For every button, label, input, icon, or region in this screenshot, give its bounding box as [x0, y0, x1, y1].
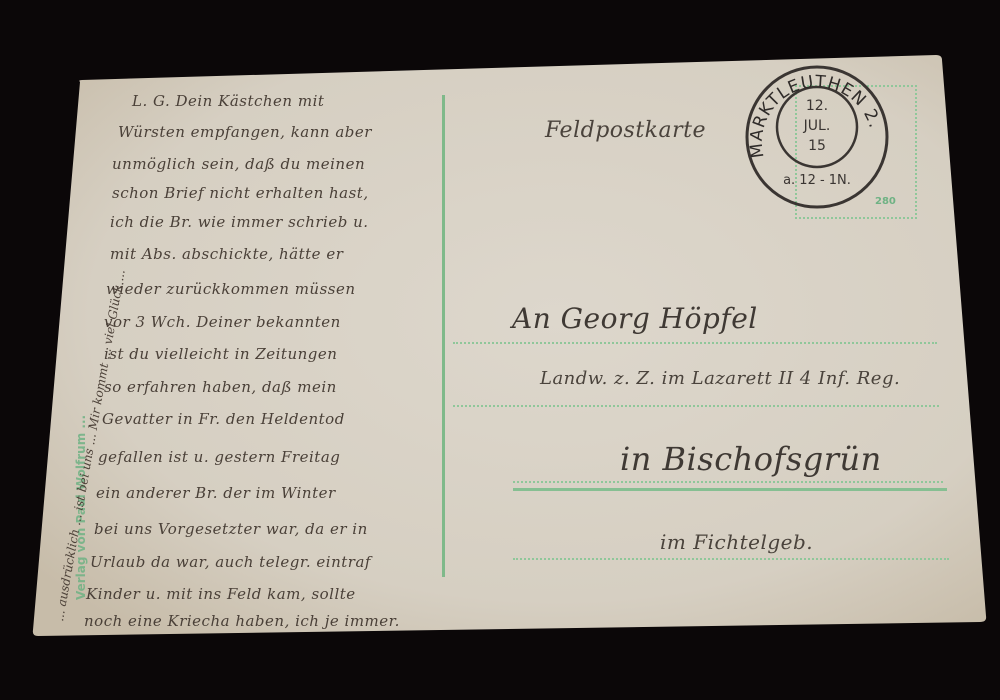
address-dotted-line: [453, 342, 937, 344]
message-line: vor 3 Wch. Deiner bekannten: [104, 313, 341, 331]
address-dotted-line: [453, 405, 939, 407]
postmark-year: 15: [808, 138, 826, 154]
message-line: mit Abs. abschickte, hätte er: [110, 245, 343, 263]
message-line: noch eine Kriecha haben, ich je immer.: [84, 612, 400, 630]
divider-line: [442, 95, 445, 577]
message-line: unmöglich sein, daß du meinen: [112, 155, 365, 173]
address-dotted-line: [513, 558, 949, 560]
postmark-month: JUL.: [803, 118, 831, 134]
message-line: so erfahren haben, daß mein: [104, 378, 337, 396]
address-town: in Bischofsgrün: [620, 440, 882, 478]
message-line: Gevatter in Fr. den Heldentod: [102, 410, 345, 428]
address-recipient: An Georg Höpfel: [512, 302, 758, 335]
message-line: ist du vielleicht in Zeitungen: [104, 345, 337, 363]
message-line: L. G. Dein Kästchen mit: [132, 92, 324, 110]
message-line: wieder zurückkommen müssen: [106, 280, 356, 298]
message-line: Urlaub da war, auch telegr. eintraf: [90, 553, 371, 571]
postmark-time: a. 12 - 1N.: [783, 173, 851, 188]
message-line: gefallen ist u. gestern Freitag: [98, 448, 340, 466]
message-line: Würsten empfangen, kann aber: [118, 123, 372, 141]
message-line: ein anderer Br. der im Winter: [96, 484, 336, 502]
card-heading: Feldpostkarte: [545, 118, 706, 143]
message-line: Kinder u. mit ins Feld kam, sollte: [86, 585, 356, 603]
message-line: schon Brief nicht erhalten hast,: [112, 184, 369, 202]
postmark: MARKTLEUTHEN 2. 12. JUL. 15 a. 12 - 1N.: [742, 62, 892, 212]
address-solid-line: [513, 488, 947, 491]
message-line: ich die Br. wie immer schrieb u.: [110, 213, 369, 231]
address-region: im Fichtelgeb.: [660, 530, 813, 554]
address-unit: Landw. z. Z. im Lazarett II 4 Inf. Reg.: [540, 368, 900, 389]
postmark-day: 12.: [806, 98, 828, 114]
postcard: Verlag von Paul Wolfrum ... ... ausdrück…: [0, 0, 1000, 700]
message-line: bei uns Vorgesetzter war, da er in: [94, 520, 368, 538]
address-dotted-line: [513, 481, 943, 483]
